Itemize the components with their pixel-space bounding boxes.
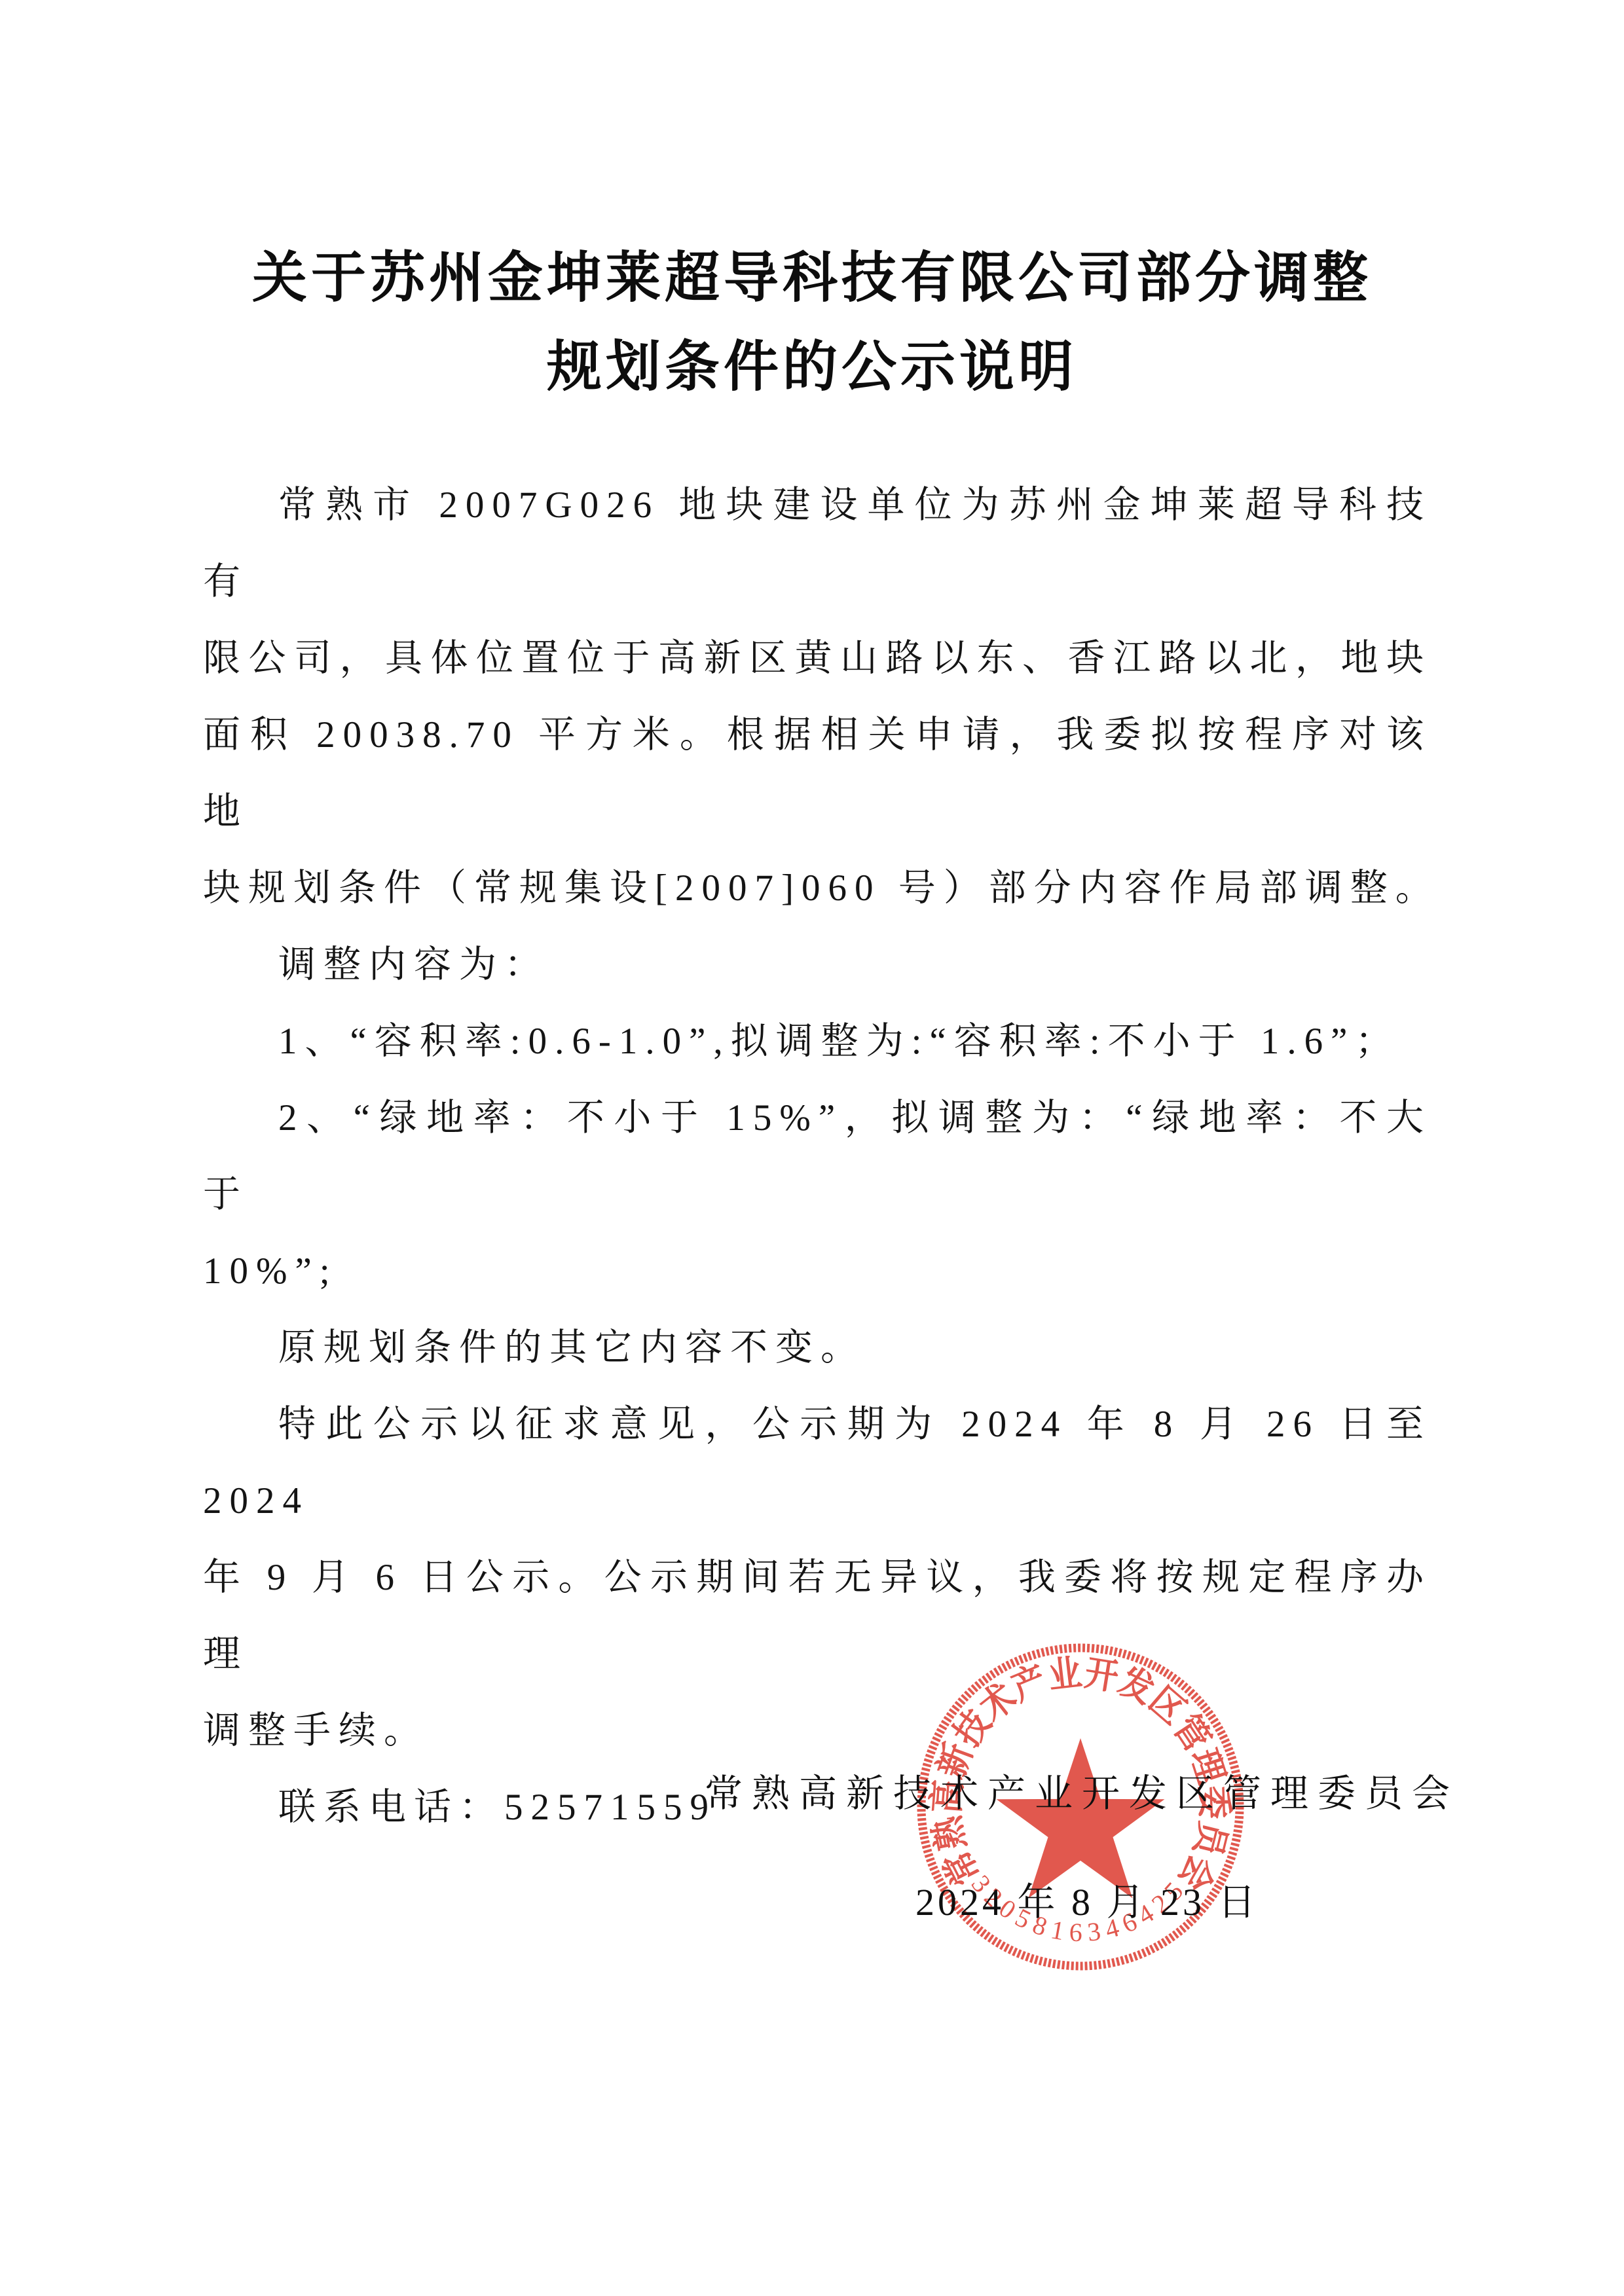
- issuer-signature: 常熟高新技术产业开发区管理委员会: [705, 1768, 1459, 1820]
- body-line: 10%”;: [203, 1233, 1431, 1309]
- issue-date: 2024 年 8 月 23 日: [915, 1876, 1259, 1929]
- page-title-line2: 规划条件的公示说明: [0, 322, 1624, 411]
- body-line: 调整内容为：: [203, 926, 1431, 1003]
- body-line: 常熟市 2007G026 地块建设单位为苏州金坤莱超导科技有: [203, 467, 1431, 620]
- body-line: 特此公示以征求意见，公示期为 2024 年 8 月 26 日至 2024: [203, 1386, 1431, 1539]
- body-text: 常熟市 2007G026 地块建设单位为苏州金坤莱超导科技有限公司，具体位置位于…: [203, 467, 1431, 1846]
- body-line: 调整手续。: [203, 1692, 1431, 1769]
- body-line: 块规划条件（常规集设[2007]060 号）部分内容作局部调整。: [203, 850, 1431, 926]
- page-title: 关于苏州金坤莱超导科技有限公司部分调整 规划条件的公示说明: [0, 233, 1624, 411]
- body-line: 面积 20038.70 平方米。根据相关申请，我委拟按程序对该地: [203, 697, 1431, 850]
- body-line: 2、“绿地率：不小于 15%”，拟调整为：“绿地率：不大于: [203, 1080, 1431, 1233]
- body-line: 1、“容积率:0.6-1.0”,拟调整为:“容积率:不小于 1.6”；: [203, 1003, 1431, 1080]
- body-line: 限公司，具体位置位于高新区黄山路以东、香江路以北，地块: [203, 620, 1431, 697]
- page-title-line1: 关于苏州金坤莱超导科技有限公司部分调整: [0, 233, 1624, 322]
- body-line: 年 9 月 6 日公示。公示期间若无异议，我委将按规定程序办理: [203, 1539, 1431, 1692]
- document-page: 关于苏州金坤莱超导科技有限公司部分调整 规划条件的公示说明 常熟市 2007G0…: [0, 0, 1624, 2296]
- body-line: 原规划条件的其它内容不变。: [203, 1309, 1431, 1386]
